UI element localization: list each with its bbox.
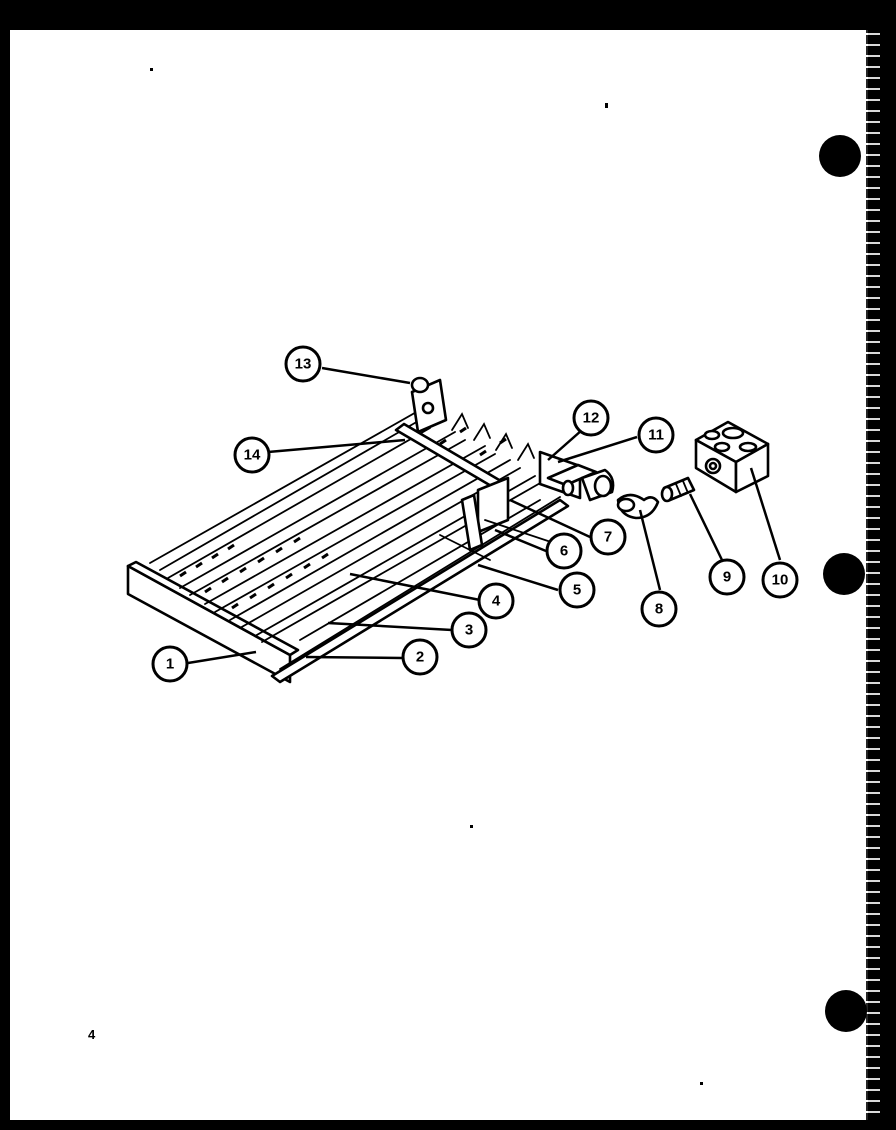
burner-frame xyxy=(128,378,568,682)
elbow xyxy=(618,495,658,518)
manifold xyxy=(540,452,613,500)
svg-text:12: 12 xyxy=(583,410,600,427)
callout-8: 8 xyxy=(642,592,676,626)
svg-text:1: 1 xyxy=(166,656,174,673)
svg-text:8: 8 xyxy=(655,601,663,618)
burner-assembly-diagram: 1 2 3 4 5 6 7 8 9 10 11 12 13 14 xyxy=(0,0,896,1130)
callout-7: 7 xyxy=(591,520,625,554)
callout-5: 5 xyxy=(560,573,594,607)
callout-6: 6 xyxy=(547,534,581,568)
svg-text:7: 7 xyxy=(604,529,612,546)
svg-text:5: 5 xyxy=(573,582,581,599)
callout-14: 14 xyxy=(235,438,269,472)
nipple xyxy=(662,478,694,501)
callout-1: 1 xyxy=(153,647,187,681)
callout-10: 10 xyxy=(763,563,797,597)
callout-2: 2 xyxy=(403,640,437,674)
svg-text:6: 6 xyxy=(560,543,568,560)
svg-text:11: 11 xyxy=(648,427,664,444)
svg-text:13: 13 xyxy=(295,356,312,373)
svg-text:4: 4 xyxy=(492,593,501,610)
pilot-assembly xyxy=(412,378,446,432)
svg-text:3: 3 xyxy=(465,622,473,639)
svg-text:9: 9 xyxy=(723,569,731,586)
svg-text:10: 10 xyxy=(772,572,789,589)
callout-3: 3 xyxy=(452,613,486,647)
callout-13: 13 xyxy=(286,347,320,381)
callout-4: 4 xyxy=(479,584,513,618)
callout-11: 11 xyxy=(639,418,673,452)
gas-valve xyxy=(696,422,768,492)
callout-12: 12 xyxy=(574,401,608,435)
callout-9: 9 xyxy=(710,560,744,594)
svg-text:2: 2 xyxy=(416,649,424,666)
svg-text:14: 14 xyxy=(244,447,261,464)
